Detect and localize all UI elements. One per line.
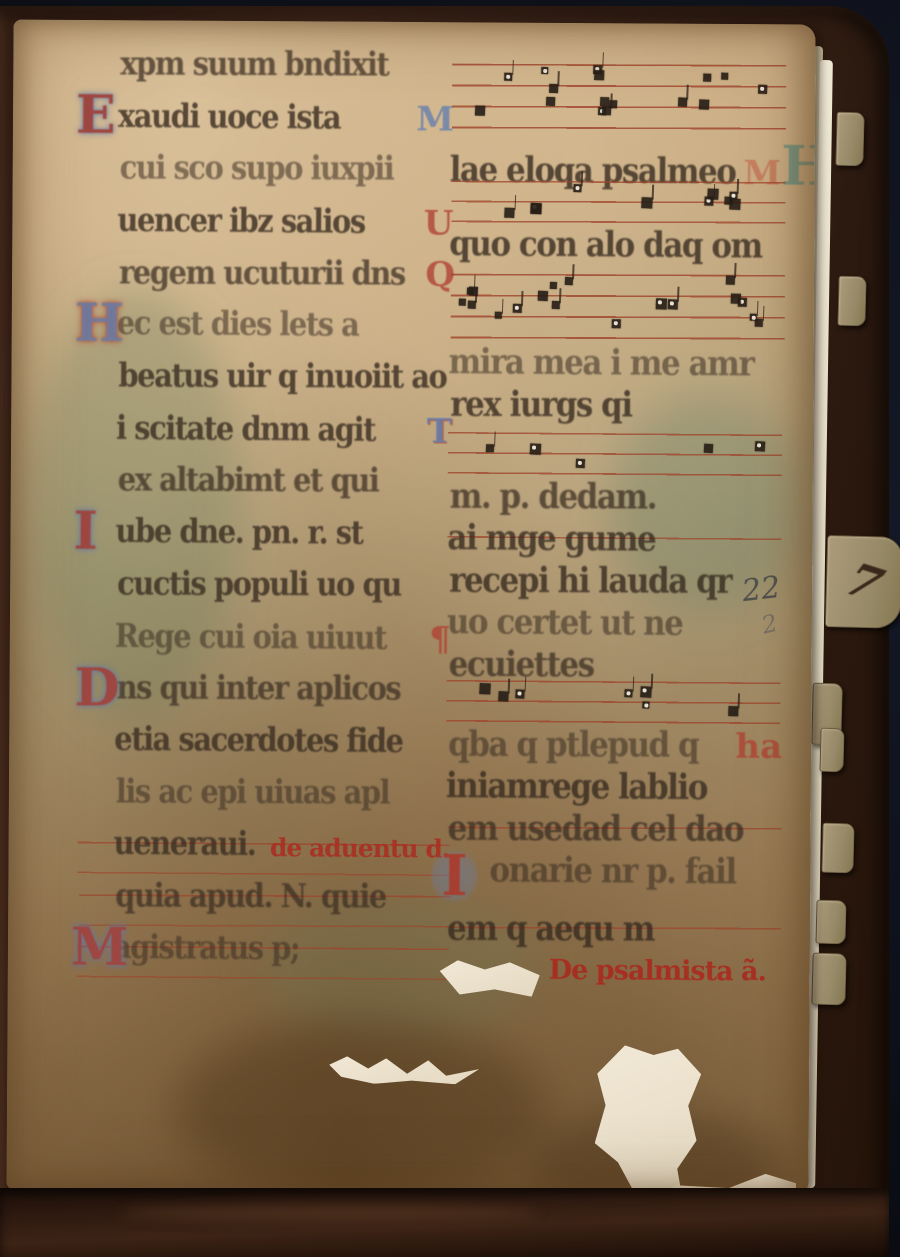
text-line: Iube dne. pn. r. st [79, 516, 451, 571]
illuminated-initial: E [76, 90, 116, 142]
gothic-text: recepi hi lauda qr [449, 560, 731, 601]
neume-note [576, 458, 586, 468]
neume-note [724, 196, 732, 204]
neume-note [504, 208, 515, 219]
gothic-text: quo con alo daq om [449, 224, 762, 267]
text-line: qba q ptlepud qha [448, 729, 782, 772]
gothic-text: ai mge gume [447, 518, 655, 560]
brown-stain [176, 1021, 547, 1195]
text-line: regem ucuturii dnsQ [83, 256, 455, 309]
neume-note [565, 277, 573, 285]
neume-note [642, 701, 649, 708]
ornament-letter: ¶ [429, 622, 451, 656]
neume-note [498, 691, 508, 701]
neume-note [467, 287, 474, 294]
ornament-letter: T [427, 414, 453, 448]
neume-note [729, 199, 740, 210]
ornament-letter: M [416, 102, 454, 136]
neume-note [532, 204, 542, 214]
text-line: ex altabimt et qui [82, 464, 454, 517]
text-line: quo con alo daq om [449, 228, 783, 273]
text-line: Magistratus p; [77, 932, 449, 987]
rubric-line: De psalmista ã. [445, 954, 779, 988]
gothic-text: xaudi uoce ista [118, 97, 341, 137]
text-line: uencer ibz saliosU [81, 204, 453, 259]
tab-ink-mark: 7 [834, 558, 894, 606]
tear-patch [594, 1045, 701, 1194]
leather-highlight [120, 1205, 540, 1221]
text-line: xpm suum bndixit [84, 48, 456, 101]
neume-note [678, 97, 687, 106]
right-music-column: lae eloqa psalmeoMHquo con alo daq ommir… [446, 60, 786, 987]
manuscript-page: xpm suum bndixitExaudi uoce istaMcui sco… [6, 20, 815, 1195]
index-tab-marked: 7 [825, 535, 900, 629]
music-stave [448, 432, 782, 481]
neume-note [642, 197, 653, 208]
brown-stain [526, 1113, 787, 1195]
illuminated-initial: M [71, 922, 129, 974]
music-stave [446, 680, 780, 729]
neume-note [640, 686, 651, 697]
gothic-text: onarie nr p. fail [489, 850, 736, 892]
text-line: cui sco supo iuxpii [84, 152, 456, 205]
ornament-letter: H [781, 139, 816, 193]
gothic-text: Rege cui oia uiuut [115, 617, 386, 657]
gothic-text: regem ucuturii dns [119, 253, 405, 292]
neume-note [495, 312, 503, 320]
neume-note [593, 65, 603, 75]
gothic-text: cui sco supo iuxpii [120, 148, 394, 187]
gothic-text: etia sacerdotes fide [114, 720, 403, 760]
index-tab [815, 900, 846, 945]
neume-note [726, 276, 735, 285]
gothic-text: ecuiettes [449, 644, 594, 685]
illuminated-initial: I [431, 846, 478, 906]
neume-note [546, 97, 555, 106]
text-line: em usedad cel dao [448, 813, 782, 856]
illuminated-initial: H [75, 298, 125, 350]
gothic-text: em q aequ m [447, 908, 654, 949]
neume-note [541, 67, 548, 74]
neume-note [475, 105, 485, 115]
text-line: beatus uir q inuoiit ao [82, 360, 454, 413]
gothic-text: uo certet ut ne [447, 602, 683, 644]
text-line: iniamrege lablio [446, 770, 780, 815]
neume-note [549, 83, 558, 92]
text-line: mira mea i me amr [448, 346, 782, 391]
gothic-text: ec est dies lets a [117, 304, 359, 344]
neume-note [602, 106, 611, 115]
neume-note [655, 299, 666, 310]
neume-note [728, 706, 738, 716]
rubric-text: De psalmista ã. [445, 954, 766, 988]
green-stain [257, 891, 538, 1043]
gothic-text: lis ac epi uiuas apl [116, 772, 389, 811]
text-line: ueneraui.de aduentu d. [77, 828, 449, 883]
index-tab [835, 112, 864, 167]
text-line: Dns qui inter aplicos [80, 672, 452, 725]
index-tab [821, 823, 854, 874]
folio-number: 22 [740, 570, 782, 609]
neume-note [504, 73, 512, 81]
gothic-text: uencer ibz salios [117, 201, 365, 241]
text-line: cuctis populi uo qu [81, 568, 453, 621]
music-stave [451, 274, 785, 345]
neume-note [703, 444, 713, 454]
neume-note [530, 202, 541, 213]
text-line: quia apud. N. quie [79, 880, 451, 933]
neume-note [598, 107, 607, 116]
green-stain [610, 393, 801, 614]
neume-note [513, 304, 522, 313]
illuminated-initial: D [74, 662, 119, 714]
neume-note [721, 72, 729, 80]
ornament-letter: Q [425, 258, 455, 292]
text-line: Exaudi uoce istaM [82, 100, 454, 155]
gothic-text: ex altabimt et qui [118, 460, 379, 499]
text-line: em q aequ m [447, 913, 781, 956]
gothic-text: xpm suum bndixit [120, 44, 388, 83]
inline-rubric: de aduentu d. [270, 833, 450, 863]
neume-note [458, 298, 466, 306]
neume-note [703, 74, 711, 82]
neume-note [538, 290, 549, 301]
gothic-text: qba q ptlepud q [448, 724, 698, 765]
gothic-text: rex iurgs qi [450, 384, 632, 425]
gothic-text: ns qui inter aplicos [116, 668, 400, 707]
gothic-text: ube dne. pn. r. st [115, 512, 362, 552]
music-stave [452, 64, 786, 135]
neume-note [609, 101, 617, 109]
neume-note [704, 196, 714, 206]
text-line: lae eloqa psalmeoMH [450, 136, 784, 181]
folio-flourish: 2 [759, 609, 780, 640]
ornament-letter: M [743, 156, 781, 190]
neume-note [611, 319, 620, 328]
text-line: ai mge gume [447, 522, 781, 567]
neume-note [667, 299, 677, 309]
illuminated-initial: I [73, 506, 98, 558]
text-line: rex iurgs qi [450, 389, 784, 432]
neume-note [737, 298, 746, 307]
text-line: ecuiettes [449, 649, 783, 680]
gothic-text: cuctis populi uo qu [117, 564, 401, 603]
neume-note [707, 188, 718, 199]
neume-note [594, 70, 604, 80]
neume-note [754, 441, 765, 452]
gothic-text: em usedad cel dao [448, 808, 744, 850]
music-stave [451, 181, 785, 228]
left-text-column: xpm suum bndixitExaudi uoce istaMcui sco… [78, 48, 456, 986]
neume-note [730, 192, 738, 200]
text-line: i scitate dnm agitT [80, 412, 452, 467]
text-line: m. p. dedam. [450, 481, 784, 524]
index-tab [811, 953, 846, 1006]
text-line: Ionarie nr p. fail [445, 854, 779, 915]
index-tab [837, 276, 866, 327]
gothic-text: quia apud. N. quie [115, 876, 386, 915]
neume-note [755, 319, 763, 327]
neume-note [600, 97, 610, 107]
manuscript-photo: 7 xpm suum bndixitExaudi uoce istaMcui s… [0, 0, 900, 1257]
neume-note [469, 287, 479, 297]
gothic-text: agistratus p; [113, 928, 300, 968]
index-tab [819, 728, 844, 773]
gothic-text: beatus uir q inuoiit ao [118, 356, 446, 395]
gothic-text: lae eloqa psalmeo [449, 150, 735, 193]
text-line: etia sacerdotes fide [78, 724, 450, 779]
ornament-letter: ha [735, 730, 782, 764]
neume-note [550, 281, 557, 288]
neume-note [551, 301, 559, 309]
neume-note [573, 184, 581, 192]
neume-note [486, 444, 495, 453]
neume-note [730, 293, 740, 303]
tear-patch [440, 960, 540, 997]
neume-note [750, 313, 758, 321]
neume-note [699, 99, 709, 109]
text-line: Rege cui oia uiuut¶ [79, 620, 451, 675]
text-line: recepi hi lauda qr [449, 565, 783, 608]
gothic-text: ueneraui. [113, 824, 255, 863]
green-stain [29, 290, 242, 721]
gothic-text: m. p. dedam. [450, 476, 657, 517]
gothic-text: i scitate dnm agit [116, 409, 375, 449]
neume-note [625, 689, 634, 698]
neume-note [758, 85, 767, 94]
gothic-text: mira mea i me amr [448, 342, 753, 385]
tear-patch [329, 1050, 479, 1085]
neume-note [468, 301, 476, 309]
text-line: lis ac epi uiuas apl [80, 776, 452, 829]
text-line: Hec est dies lets a [80, 308, 452, 363]
binding-bottom-edge [0, 1188, 889, 1257]
neume-note [530, 443, 541, 454]
text-line: uo certet ut ne [447, 606, 781, 651]
neume-note [515, 689, 525, 699]
neume-note [479, 683, 490, 694]
ornament-letter: U [424, 206, 454, 240]
gothic-text: iniamrege lablio [446, 766, 707, 808]
